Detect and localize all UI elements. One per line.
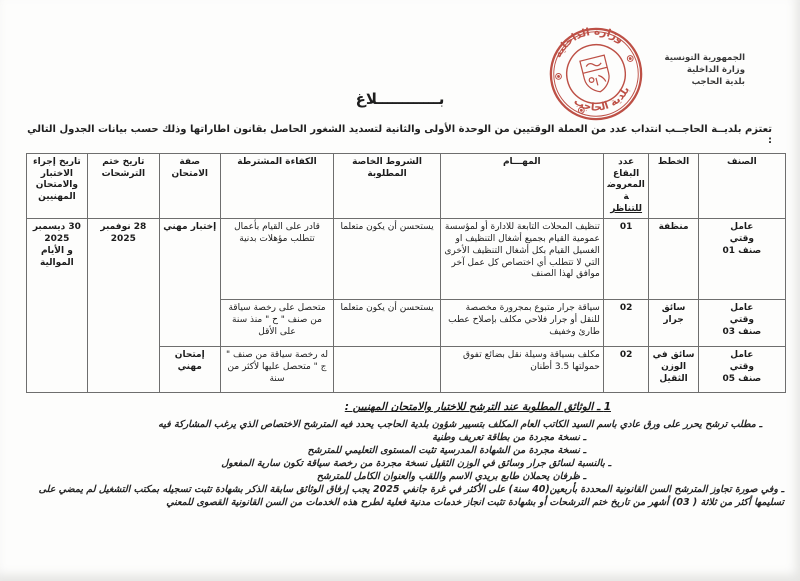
header-vacancies-line1: عدد البقاع (607, 157, 646, 180)
header-vacancies: عدد البقاع المعروضة للتناظر (603, 154, 649, 219)
stamp-top-text: وزارة الداخلية (547, 18, 627, 62)
doc-item-school-certificate: ـ نسخة مجردة من الشهادة المدرسية تثبت ال… (26, 445, 586, 458)
cell-conditions: يستحسن أن يكون متعلما (334, 219, 440, 300)
svg-text:وزارة الداخلية: وزارة الداخلية (547, 18, 627, 62)
cell-conditions (334, 347, 440, 393)
cell-competence: متحصل على رخصة سياقة من صنف " ح " منذ سن… (220, 300, 334, 347)
header-category: الصنف (698, 154, 785, 219)
cell-exam-type-test: إختبار مهني (159, 219, 220, 347)
cell-vacancies: 02 (603, 347, 649, 393)
cell-closing-date: 28 نوفمبر 2025 (87, 219, 159, 393)
recruitment-table: الصنف الخطط عدد البقاع المعروضة للتناظر … (26, 153, 786, 393)
table-row-cleaner: عامل وقتي صنف 01 منظفة 01 تنظيف المحلات … (27, 219, 786, 300)
official-stamp-icon: وزارة الداخلية بلدية الحاجب (538, 16, 654, 132)
header-conditions: الشروط الخاصة المطلوبة (334, 154, 440, 219)
cell-vacancies: 01 (603, 219, 649, 300)
cell-category: عامل وقتي صنف 05 (698, 347, 785, 393)
cell-exam-type-exam: إمتحان مهني (159, 347, 220, 393)
cell-competence: له رخصة سياقة من صنف " ج " متحصل عليها ل… (220, 347, 334, 393)
announcement-document: الجمهورية التونسية وزارة الداخلية بلدية … (0, 0, 800, 581)
cell-category: عامل وقتي صنف 03 (698, 300, 785, 347)
cell-plan: منظفة (649, 219, 698, 300)
header-vacancies-line3: للتناظر (607, 204, 646, 216)
cell-plan: سائق جرار (649, 300, 698, 347)
cell-exam-date: 30 ديسمبر 2025 و الأيام الموالية (27, 219, 88, 393)
cell-competence: قادر على القيام بأعمال تتطلب مؤهلات بدني… (220, 219, 334, 300)
cell-tasks: تنظيف المحلات التابعة للادارة أو لمؤسسة … (440, 219, 603, 300)
documents-heading: 1 ـ الوثائق المطلوبة عند الترشح للاختبار… (26, 401, 611, 413)
cell-vacancies: 02 (603, 300, 649, 347)
header-competence: الكفاءة المشترطة (220, 154, 334, 219)
header-exam-type: صفة الامتحان (159, 154, 220, 219)
org-line-ministry: وزارة الداخلية (665, 64, 745, 76)
cell-conditions: يستحسن أن يكون متعلما (334, 300, 440, 347)
table-header-row: الصنف الخطط عدد البقاع المعروضة للتناظر … (27, 154, 786, 219)
doc-item-age-exception: ـ وفي صورة تجاوز المترشح السن القانونية … (26, 484, 784, 509)
org-header-block: الجمهورية التونسية وزارة الداخلية بلدية … (665, 52, 745, 88)
document-body: تعتزم بلديــة الحاجــب انتداب عدد من الع… (0, 124, 800, 510)
announcement-title: بــــــــــــلاغ (0, 90, 800, 108)
header-tasks: المهـــام (440, 154, 603, 219)
doc-item-envelopes: ـ ظرفان يحملان طابع بريدي الاسم واللقب و… (26, 471, 586, 484)
header-closing-date: تاريخ ختم الترشحات (87, 154, 159, 219)
cell-tasks: سياقة جرار متبوع بمجرورة مخصصة للنقل أو … (440, 300, 603, 347)
org-line-republic: الجمهورية التونسية (665, 52, 745, 64)
header-vacancies-line2: المعروضة (607, 180, 646, 203)
doc-item-application: ـ مطلب ترشح يحرر على ورق عادي باسم السيد… (26, 419, 762, 432)
header-plan: الخطط (649, 154, 698, 219)
stamp-emblem-icon (580, 55, 613, 95)
org-line-municipality: بلدية الحاجب (665, 76, 745, 88)
doc-item-id-copy: ـ نسخة مجردة من بطاقة تعريف وطنية (26, 432, 586, 445)
documents-list: ـ مطلب ترشح يحرر على ورق عادي باسم السيد… (26, 419, 786, 509)
cell-tasks: مكلف بسياقة وسيلة نقل بضائع تفوق حمولتها… (440, 347, 603, 393)
intro-paragraph: تعتزم بلديــة الحاجــب انتداب عدد من الع… (26, 124, 772, 146)
cell-plan: سائق في الوزن الثقيل (649, 347, 698, 393)
cell-category: عامل وقتي صنف 01 (698, 219, 785, 300)
header-exam-date: تاريخ إجراء الاختبار والامتحان المهنيين (27, 154, 88, 219)
doc-item-driving-license: ـ بالنسبة لسائق جرار وسائق في الوزن الثق… (26, 458, 611, 471)
